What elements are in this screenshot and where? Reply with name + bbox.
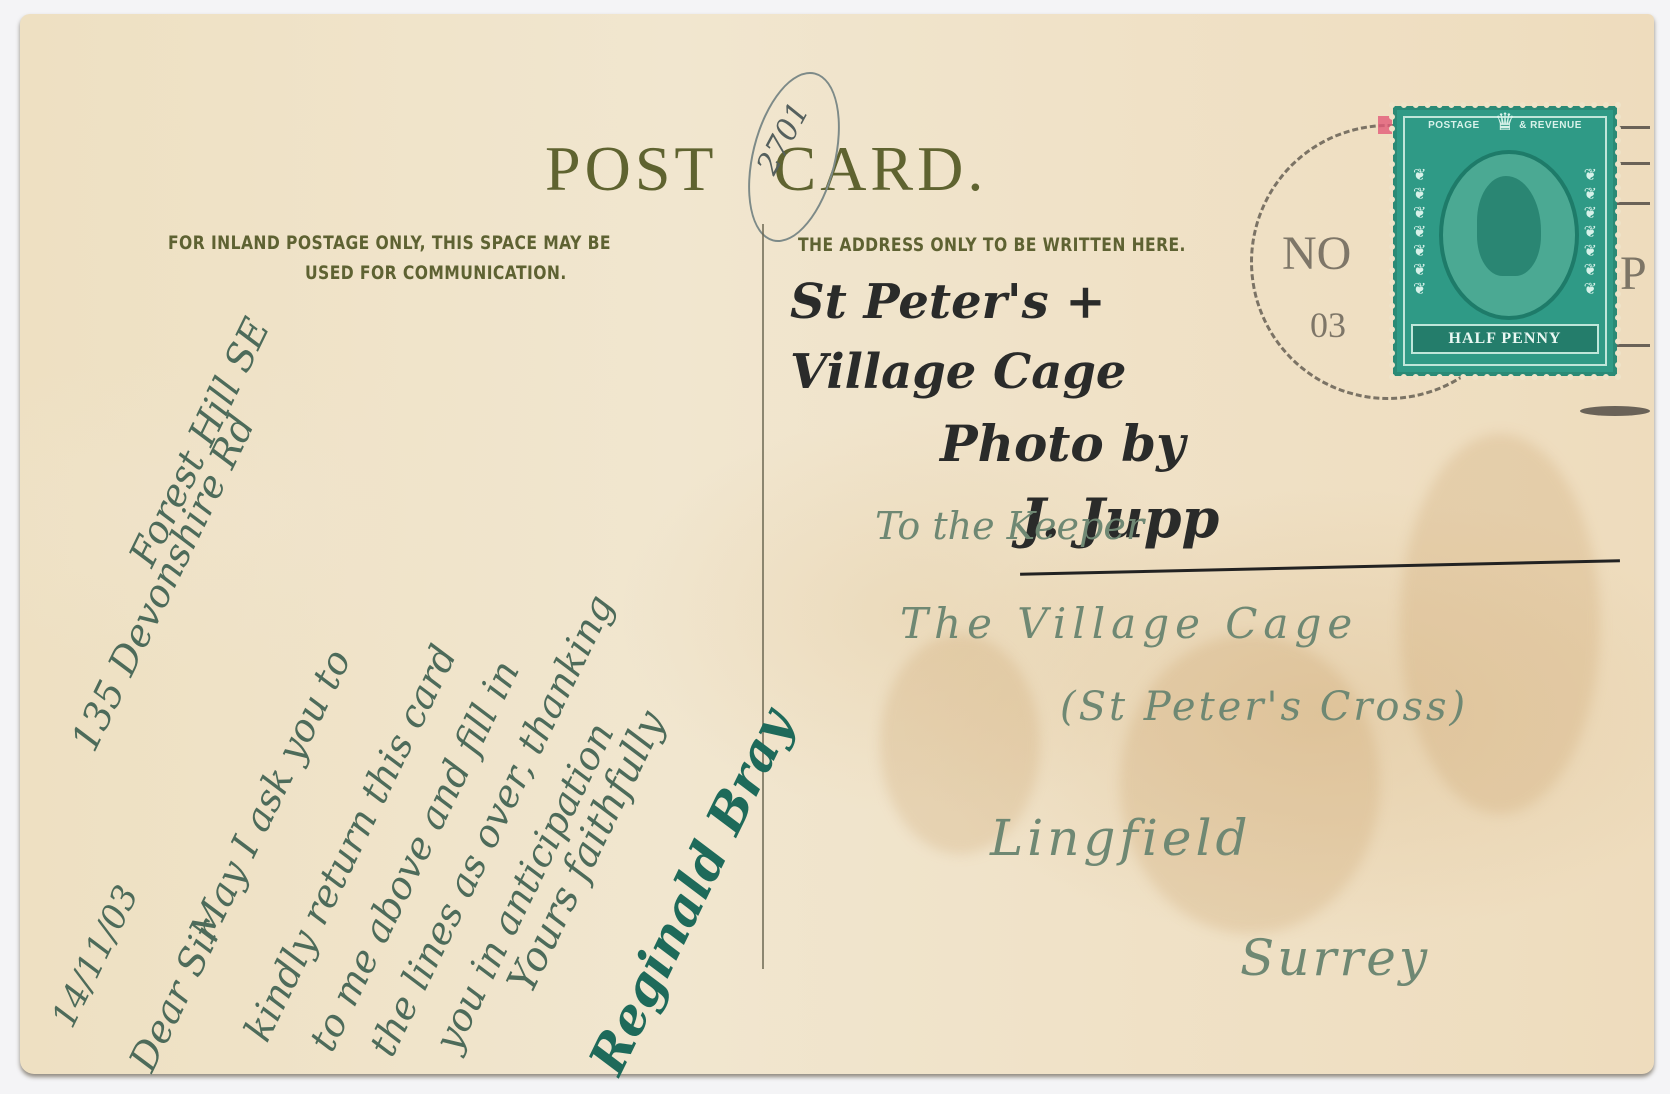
stamp-value: HALF PENNY bbox=[1411, 324, 1599, 354]
postcard: POSTCARD. 2701 FOR INLAND POSTAGE ONLY, … bbox=[20, 14, 1654, 1074]
overwrite-line: Photo by bbox=[940, 414, 1185, 473]
heading-word-post: POST bbox=[545, 133, 718, 204]
address-line: (St Peter's Cross) bbox=[1060, 684, 1468, 730]
red-ink-mark bbox=[1378, 116, 1392, 134]
address-line: Lingfield bbox=[990, 809, 1252, 867]
address-line: Surrey bbox=[1240, 929, 1430, 987]
laurel-wreath-icon: ❦❦❦❦❦❦❦ bbox=[1413, 166, 1439, 316]
sender-address-line1: 135 Devonshire Rd bbox=[62, 408, 263, 758]
postmark-text: 03 bbox=[1310, 304, 1346, 346]
overwrite-line: St Peter's + bbox=[790, 274, 1106, 330]
message-date: 14/11/03 bbox=[44, 879, 147, 1034]
overwrite-line: Village Cage bbox=[790, 344, 1126, 400]
center-divider bbox=[762, 224, 764, 969]
postmark-text: NO bbox=[1282, 226, 1351, 281]
foxing-stain bbox=[1400, 434, 1600, 814]
foxing-stain bbox=[1120, 634, 1380, 934]
postmark-text: P bbox=[1620, 246, 1647, 301]
address-line: The Village Cage bbox=[900, 599, 1358, 648]
communication-instruction-line1: FOR INLAND POSTAGE ONLY, THIS SPACE MAY … bbox=[168, 232, 611, 254]
halfpenny-stamp: POSTAGE & REVENUE ♛ ❦❦❦❦❦❦❦ ❦❦❦❦❦❦❦ HALF… bbox=[1393, 106, 1617, 376]
communication-instruction-line2: USED FOR COMMUNICATION. bbox=[305, 262, 567, 284]
address-instruction: THE ADDRESS ONLY TO BE WRITTEN HERE. bbox=[798, 234, 1186, 256]
crown-icon: ♛ bbox=[1489, 110, 1521, 136]
address-line: To the Keeper bbox=[875, 504, 1144, 548]
